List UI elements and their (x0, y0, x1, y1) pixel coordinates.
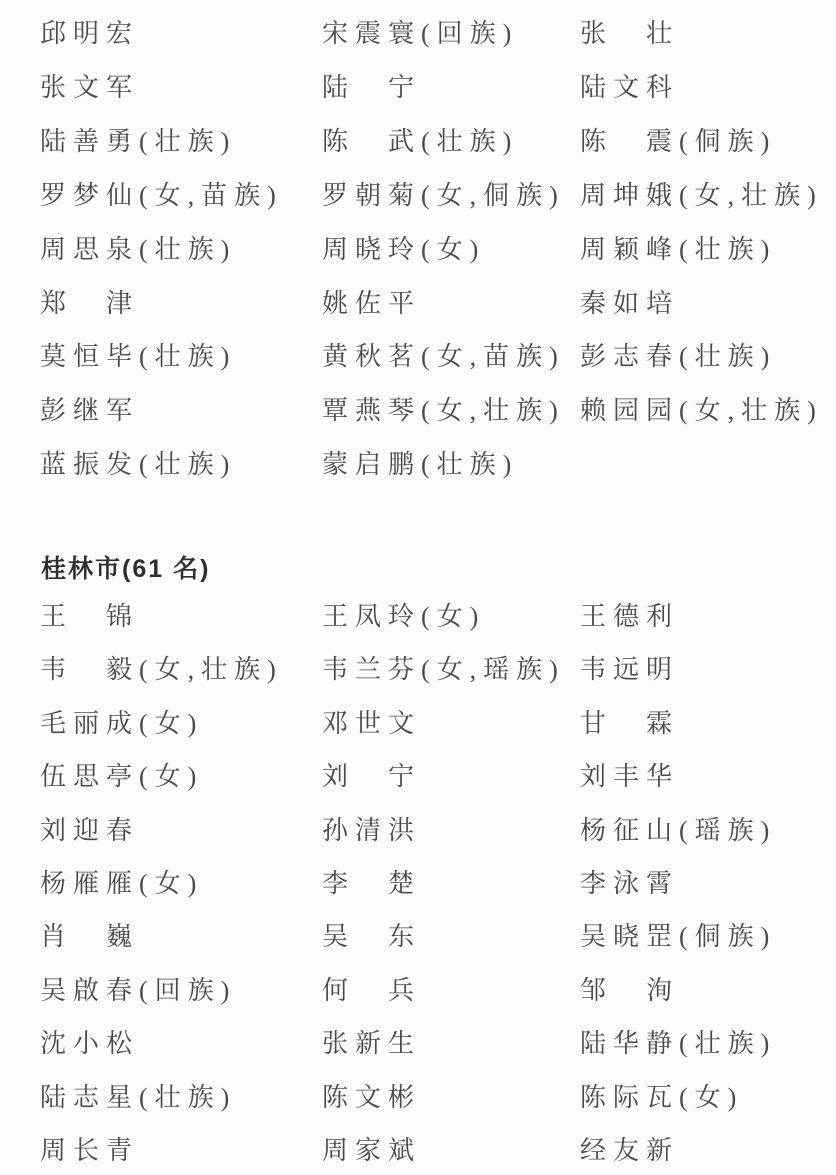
delegate-name: 王德利 (580, 596, 679, 633)
delegate-name: 赖园园(女,壮族) (580, 390, 823, 427)
delegate-name: 刘 宁 (322, 756, 421, 793)
name-row: 毛丽成(女)邓世文甘 霖 (0, 703, 836, 737)
name-row: 郑 津姚佐平秦如培 (0, 283, 836, 317)
delegate-name: 韦兰芬(女,瑶族) (322, 649, 565, 686)
delegate-name: 周家斌 (322, 1130, 421, 1167)
name-list-guilin: 王 锦王凤玲(女)王德利韦 毅(女,壮族)韦兰芬(女,瑶族)韦远明毛丽成(女)邓… (0, 0, 836, 1175)
delegate-name: 沈小松 (40, 1023, 139, 1060)
name-row: 陆善勇(壮族)陈 武(壮族)陈 震(侗族) (0, 121, 836, 155)
delegate-name: 蒙启鹏(壮族) (322, 444, 518, 481)
delegate-name: 刘丰华 (580, 756, 679, 793)
delegate-name: 吴 东 (322, 916, 421, 953)
delegate-name: 罗梦仙(女,苗族) (40, 175, 283, 212)
name-row: 周长青周家斌经友新 (0, 1130, 836, 1164)
delegate-name: 陈文彬 (322, 1077, 421, 1114)
delegate-name: 黄秋茗(女,苗族) (322, 336, 565, 373)
delegate-name: 刘迎春 (40, 810, 139, 847)
delegate-name: 邹 洵 (580, 970, 679, 1007)
delegate-name: 陆华静(壮族) (580, 1023, 776, 1060)
delegate-name: 李 楚 (322, 863, 421, 900)
name-row: 罗梦仙(女,苗族)罗朝菊(女,侗族)周坤娥(女,壮族) (0, 175, 836, 209)
delegate-name: 王 锦 (40, 596, 139, 633)
delegate-name: 陆 宁 (322, 67, 421, 104)
delegate-name: 李泳霄 (580, 863, 679, 900)
name-row: 沈小松张新生陆华静(壮族) (0, 1023, 836, 1057)
name-row: 蓝振发(壮族)蒙启鹏(壮族) (0, 444, 836, 478)
delegate-name: 莫恒毕(壮族) (40, 336, 236, 373)
delegate-name: 王凤玲(女) (322, 596, 485, 633)
delegate-name: 吴晓罡(侗族) (580, 916, 776, 953)
delegate-name: 周晓玲(女) (322, 229, 485, 266)
delegate-name: 宋震寰(回族) (322, 13, 518, 50)
delegate-name: 陈 震(侗族) (580, 121, 776, 158)
name-list-top: 邱明宏宋震寰(回族)张 壮张文军陆 宁陆文科陆善勇(壮族)陈 武(壮族)陈 震(… (0, 0, 836, 1175)
name-row: 韦 毅(女,壮族)韦兰芬(女,瑶族)韦远明 (0, 649, 836, 683)
name-row: 刘迎春孙清洪杨征山(瑶族) (0, 810, 836, 844)
name-row: 伍思亭(女)刘 宁刘丰华 (0, 756, 836, 790)
name-row: 王 锦王凤玲(女)王德利 (0, 596, 836, 630)
delegate-name: 甘 霖 (580, 703, 679, 740)
name-row: 陆志星(壮族)陈文彬陈际瓦(女) (0, 1077, 836, 1111)
delegate-name: 陈际瓦(女) (580, 1077, 743, 1114)
delegate-name: 杨雁雁(女) (40, 863, 203, 900)
delegate-name: 伍思亭(女) (40, 756, 203, 793)
delegate-name: 张文军 (40, 67, 139, 104)
delegate-name: 毛丽成(女) (40, 703, 203, 740)
name-row: 邱明宏宋震寰(回族)张 壮 (0, 13, 836, 47)
delegate-name: 蓝振发(壮族) (40, 444, 236, 481)
name-row: 张文军陆 宁陆文科 (0, 67, 836, 101)
name-row: 周思泉(壮族)周晓玲(女)周颖峰(壮族) (0, 229, 836, 263)
delegate-name: 何 兵 (322, 970, 421, 1007)
delegate-name: 秦如培 (580, 283, 679, 320)
name-row: 莫恒毕(壮族)黄秋茗(女,苗族)彭志春(壮族) (0, 336, 836, 370)
delegate-name: 韦 毅(女,壮族) (40, 649, 283, 686)
delegate-name: 周思泉(壮族) (40, 229, 236, 266)
delegate-name: 陆志星(壮族) (40, 1077, 236, 1114)
delegate-name: 彭继军 (40, 390, 139, 427)
delegate-name: 周坤娥(女,壮族) (580, 175, 823, 212)
delegate-name: 罗朝菊(女,侗族) (322, 175, 565, 212)
delegate-name: 邓世文 (322, 703, 421, 740)
name-row: 杨雁雁(女)李 楚李泳霄 (0, 863, 836, 897)
delegate-name: 经友新 (580, 1130, 679, 1167)
section-header-guilin: 桂林市(61 名) (41, 549, 210, 585)
name-row: 肖 巍吴 东吴晓罡(侗族) (0, 916, 836, 950)
delegate-name: 姚佐平 (322, 283, 421, 320)
delegate-name: 陆文科 (580, 67, 679, 104)
delegate-name: 杨征山(瑶族) (580, 810, 776, 847)
delegate-name: 郑 津 (40, 283, 139, 320)
name-row: 彭继军覃燕琴(女,壮族)赖园园(女,壮族) (0, 390, 836, 424)
delegate-name: 覃燕琴(女,壮族) (322, 390, 565, 427)
name-row: 吴啟春(回族)何 兵邹 洵 (0, 970, 836, 1004)
delegate-name: 陈 武(壮族) (322, 121, 518, 158)
delegate-name: 肖 巍 (40, 916, 139, 953)
delegate-name: 张 壮 (580, 13, 679, 50)
delegate-name: 陆善勇(壮族) (40, 121, 236, 158)
delegate-name: 周长青 (40, 1130, 139, 1167)
delegate-name: 彭志春(壮族) (580, 336, 776, 373)
delegate-name: 吴啟春(回族) (40, 970, 236, 1007)
delegate-name: 周颖峰(壮族) (580, 229, 776, 266)
delegate-name: 邱明宏 (40, 13, 139, 50)
delegate-name: 孙清洪 (322, 810, 421, 847)
delegate-name: 张新生 (322, 1023, 421, 1060)
delegate-name: 韦远明 (580, 649, 679, 686)
document-page: 邱明宏宋震寰(回族)张 壮张文军陆 宁陆文科陆善勇(壮族)陈 武(壮族)陈 震(… (0, 0, 836, 1175)
